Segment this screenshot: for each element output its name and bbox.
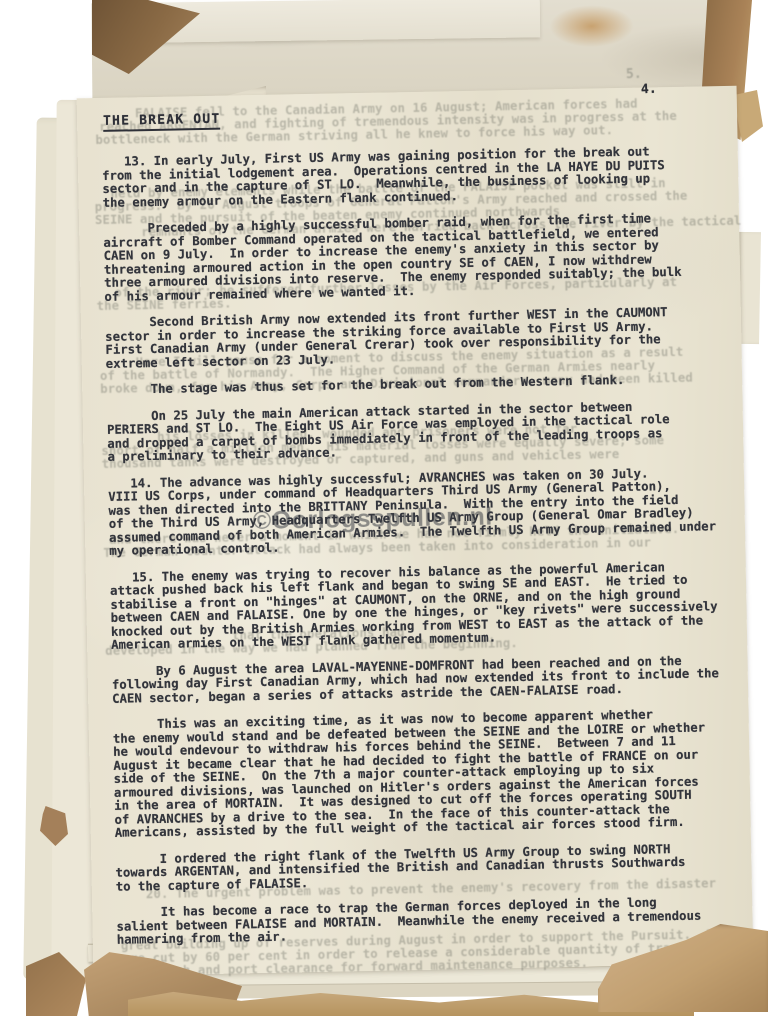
ghost-page-number: 5. xyxy=(626,68,642,83)
page-title: THE BREAK OUT xyxy=(103,112,221,132)
typed-paragraph: This was an exciting time, as it was now… xyxy=(113,707,733,840)
typed-paragraph: On 25 July the main American attack star… xyxy=(107,399,726,465)
watermark: ©Oorlogsspullen.nl xyxy=(253,503,493,536)
document-photo: FALAISE fell to the Canadian Army on 16 … xyxy=(0,0,768,1024)
typed-paragraph: Preceded by a highly successful bomber r… xyxy=(103,211,722,304)
typed-paragraph: I ordered the right flank of the Twelfth… xyxy=(115,841,734,893)
typed-paragraph: The stage was thus set for the break out… xyxy=(106,372,724,397)
typed-paragraph: 15. The enemy was trying to recover his … xyxy=(110,560,729,653)
page-number: 4. xyxy=(641,83,657,98)
typed-paragraph: It has become a race to trap the German … xyxy=(116,895,735,947)
typed-paragraph: 13. In early July, First US Army was gai… xyxy=(102,144,721,210)
under-page-highlight xyxy=(150,0,541,43)
typed-paragraph: By 6 August the area LAVAL-MAYENNE-DOMFR… xyxy=(112,653,731,705)
typed-paragraph: Second British Army now extended its fro… xyxy=(105,305,724,371)
document-page: FALAISE fell to the Canadian Army on 16 … xyxy=(77,86,754,977)
